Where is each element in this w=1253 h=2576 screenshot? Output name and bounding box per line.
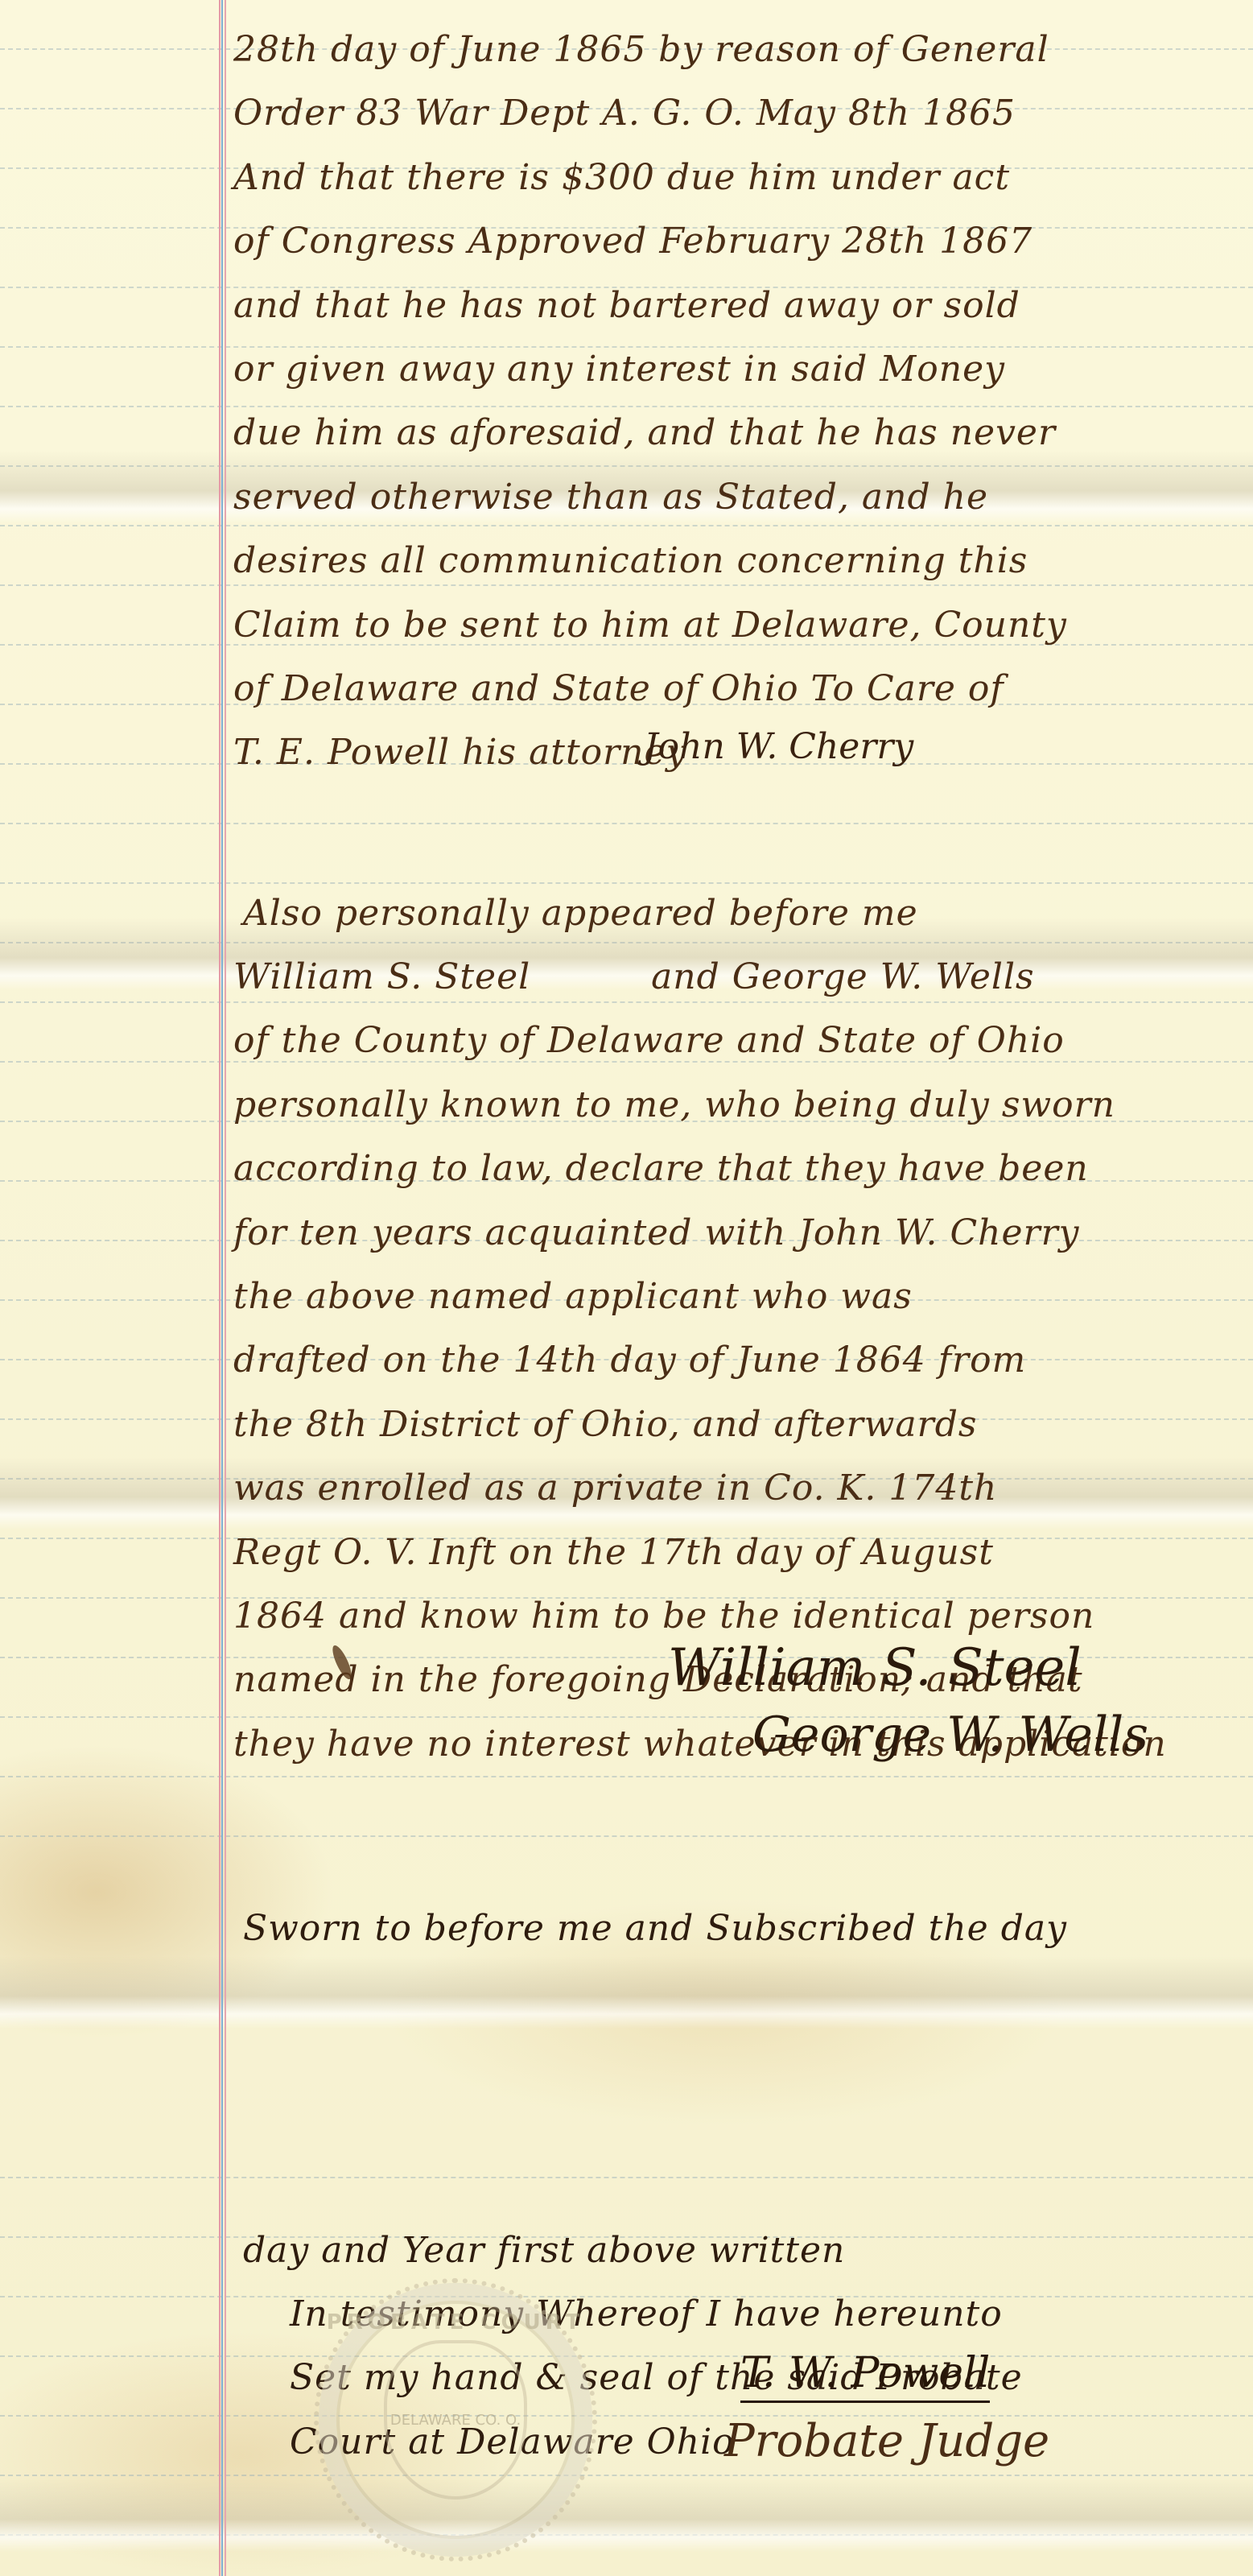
text-line: desires all communication concerning thi… [233, 529, 1239, 592]
declaration-text: 28th day of June 1865 by reason of Gener… [233, 18, 1239, 2474]
document-page: 28th day of June 1865 by reason of Gener… [0, 0, 1253, 2576]
seal-county: DELAWARE CO. O. [390, 2412, 521, 2429]
text-line: served otherwise than as Stated, and he [233, 465, 1239, 529]
witness-signature-steel: William S. Steel [668, 1638, 1082, 1698]
text-line: according to law, declare that they have… [233, 1137, 1239, 1200]
seal-legend: PROBATE COURT [319, 2310, 592, 2334]
text-line: And that there is $300 due him under act [233, 146, 1239, 209]
spacer [233, 785, 1239, 881]
text-line: Regt O. V. Inft on the 17th day of Augus… [233, 1521, 1239, 1584]
jurat-line: day and Year first above written [233, 2219, 1239, 2282]
embossed-court-seal-icon: PROBATE COURT DELAWARE CO. O. [314, 2278, 597, 2562]
witness-signature-wells: George W. Wells [752, 1707, 1148, 1763]
spacer [233, 1961, 1239, 2219]
text-line: of Congress Approved February 28th 1867 [233, 209, 1239, 273]
text-line: Order 83 War Dept A. G. O. May 8th 1865 [233, 81, 1239, 145]
text-line: and that he has not bartered away or sol… [233, 274, 1239, 337]
official-title: Probate Judge [724, 2415, 1049, 2467]
text-line: Also personally appeared before me [233, 881, 1239, 945]
probate-judge-signature: T. W. Powell [740, 2349, 990, 2403]
text-line: was enrolled as a private in Co. K. 174t… [233, 1456, 1239, 1520]
jurat-line: Sworn to before me and Subscribed the da… [233, 1897, 1239, 1960]
claimant-signature: John W. Cherry [644, 726, 913, 767]
text-line: the above named applicant who was [233, 1265, 1239, 1328]
seal-shield-icon: DELAWARE CO. O. [384, 2340, 527, 2500]
text-line: for ten years acquainted with John W. Ch… [233, 1201, 1239, 1265]
margin-line-red [219, 0, 221, 2576]
text-line: or given away any interest in said Money [233, 337, 1239, 401]
text-line: 28th day of June 1865 by reason of Gener… [233, 18, 1239, 81]
fold-crease [0, 2479, 1253, 2552]
margin-line-red [225, 0, 226, 2576]
spacer [233, 1776, 1239, 1897]
text-line: due him as aforesaid, and that he has ne… [233, 401, 1239, 464]
text-line: drafted on the 14th day of June 1864 fro… [233, 1328, 1239, 1392]
margin-line-blue [221, 0, 223, 2576]
text-line: of the County of Delaware and State of O… [233, 1009, 1239, 1072]
text-line: of Delaware and State of Ohio To Care of [233, 657, 1239, 720]
text-line: the 8th District of Ohio, and afterwards [233, 1393, 1239, 1456]
text-line: William S. Steel and George W. Wells [233, 945, 1239, 1009]
text-line: Claim to be sent to him at Delaware, Cou… [233, 593, 1239, 657]
text-line: personally known to me, who being duly s… [233, 1073, 1239, 1137]
